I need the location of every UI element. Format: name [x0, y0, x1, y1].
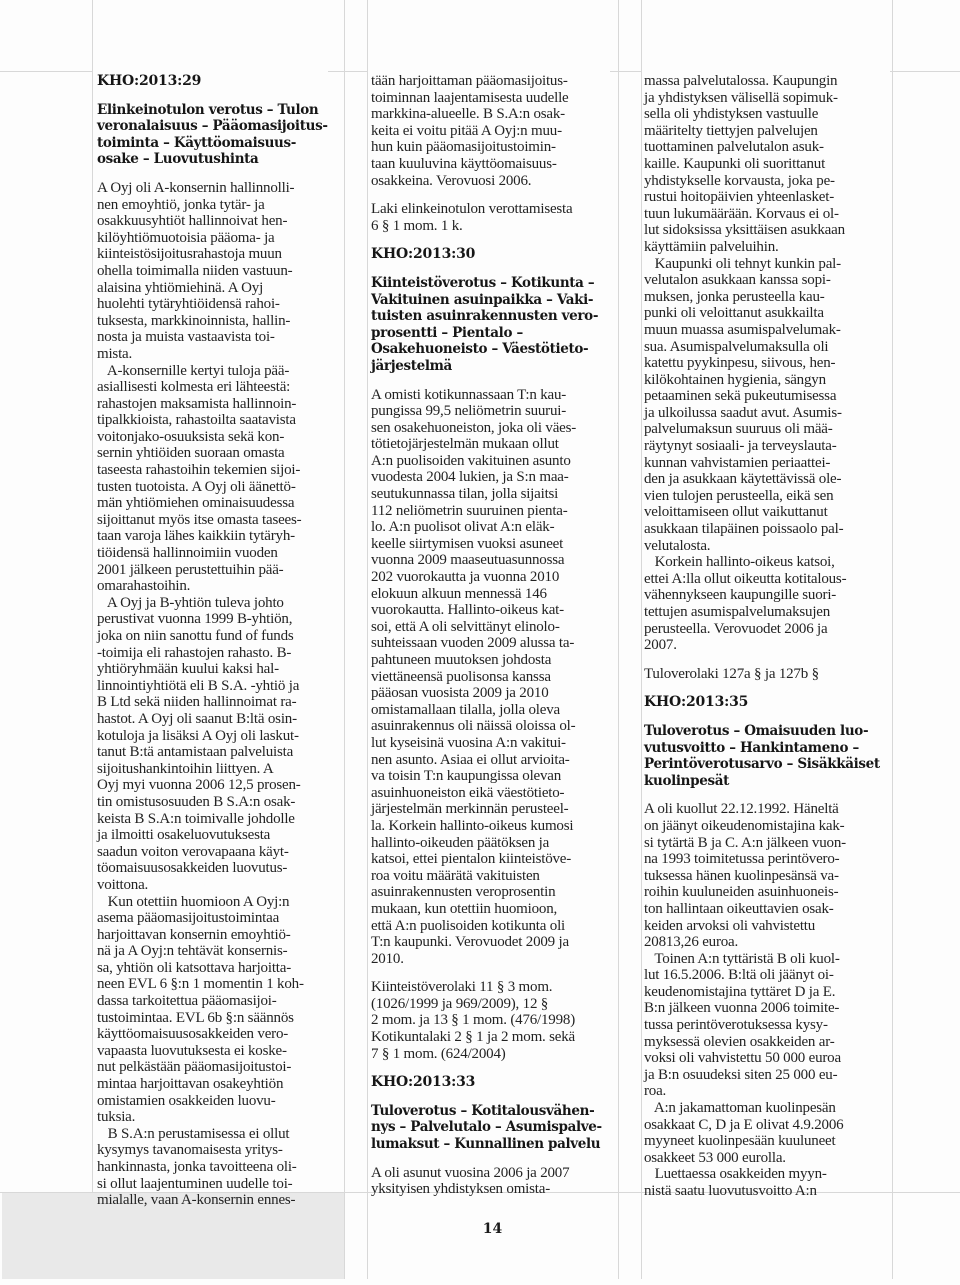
page-grid-line-top-right — [890, 71, 960, 72]
case-title: Kiinteistöverotus – Kotikunta – Vakituin… — [371, 275, 621, 375]
case-title: Elinkeinotulon verotus – Tulon veronalai… — [97, 102, 347, 168]
case-paragraph: tään harjoittaman pääomasijoitus- toimin… — [371, 73, 621, 189]
page-grid-line-top-gap1 — [328, 71, 367, 72]
case-number-heading: KHO:2013:29 — [97, 73, 347, 90]
text-column-3: massa palvelutalossa. Kaupungin ja yhdis… — [644, 73, 894, 1200]
case-number-heading: KHO:2013:30 — [371, 246, 621, 263]
statute-reference: Kiinteistöverolaki 11 § 3 mom. (1026/199… — [371, 979, 621, 1062]
case-title: Tuloverotus – Kotitalousvähen- nys – Pal… — [371, 1103, 621, 1153]
text-column-2: tään harjoittaman pääomasijoitus- toimin… — [371, 73, 621, 1198]
case-title: Tuloverotus – Omaisuuden luo- vutusvoitt… — [644, 723, 894, 789]
case-paragraph: A oli asunut vuosina 2006 ja 2007 yksity… — [371, 1165, 621, 1198]
case-paragraph: A Oyj oli A-konsernin hallinnolli- nen e… — [97, 180, 347, 1209]
case-paragraph: A oli kuollut 22.12.1992. Häneltä on jää… — [644, 801, 894, 1199]
page-number: 14 — [367, 1221, 618, 1237]
case-number-heading: KHO:2013:33 — [371, 1074, 621, 1091]
statute-reference: Laki elinkeinotulon verottamisesta 6 § 1… — [371, 201, 621, 234]
page-grid-line-col3-left — [641, 0, 642, 1279]
page-grid-line-top-gap2 — [610, 71, 641, 72]
scanned-law-report-page: KHO:2013:29 Elinkeinotulon verotus – Tul… — [0, 0, 960, 1285]
case-paragraph: A omisti kotikunnassaan T:n kau- pungiss… — [371, 387, 621, 968]
case-number-heading: KHO:2013:35 — [644, 694, 894, 711]
page-grid-line-left-margin — [92, 0, 93, 1279]
statute-reference: Tuloverolaki 127a § ja 127b § — [644, 666, 894, 683]
page-grid-line-top-left — [0, 71, 92, 72]
text-column-1: KHO:2013:29 Elinkeinotulon verotus – Tul… — [97, 73, 347, 1209]
case-paragraph: massa palvelutalossa. Kaupungin ja yhdis… — [644, 73, 894, 654]
page-grid-line-col2-left — [367, 0, 368, 1279]
